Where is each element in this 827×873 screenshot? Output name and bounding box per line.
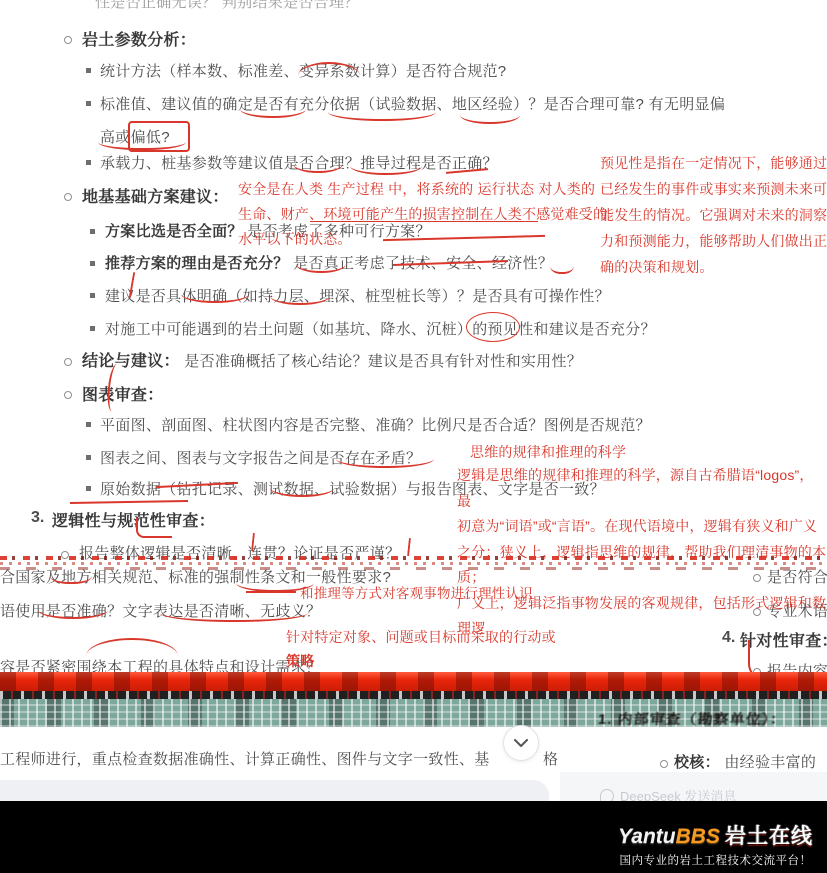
- heading-logic-review: 逻辑性与规范性审查：: [52, 508, 215, 531]
- doc-line-chart-contradiction: 图表之间、图表与文字报告之间是否存在矛盾？: [100, 447, 421, 468]
- logo-tagline: 国内专业的岩土工程技术交流平台！: [608, 852, 823, 868]
- red-underline-mark: [550, 266, 574, 274]
- bullet-square-icon: [86, 455, 91, 460]
- heading-foundation-scheme: 地基基础方案建议：: [82, 184, 229, 207]
- bullet-circle-icon: [64, 193, 72, 201]
- doc-line-standard-values-1: 标准值、建议值的确定是否有充分依据（试验数据、地区经验）？是否合理可靠? 有无明…: [100, 93, 725, 114]
- bullet-square-icon: [86, 68, 91, 73]
- red-arc-mark: [86, 638, 178, 656]
- red-line-mark: [70, 500, 188, 504]
- doc-line-engineer-cut: 工程师进行，重点检查数据准确性、计算正确性、图件与文字一致性、基: [0, 748, 490, 769]
- doc-line-bearing-capacity: 承载力、桩基参数等建议值是否合理？推导过程是否正确？: [100, 152, 498, 173]
- logo-text-bbs: BBS: [676, 825, 720, 848]
- annotation-logic-definition: 逻辑是思维的规律和推理的科学，源自古希腊语“logos”，最 初意为“词语”或“…: [457, 463, 827, 642]
- doc-line-standard-values-2: 高或偏低?: [100, 126, 170, 147]
- bullet-circle-icon: [64, 391, 72, 399]
- scroll-down-button[interactable]: [503, 725, 539, 761]
- bullet-circle-icon: [660, 760, 668, 768]
- garbled-text-internal-review: 1. 内部审查（勘察单位）：: [597, 709, 827, 728]
- annotation-safety-definition: 安全是在人类 生产过程 中，将系统的 运行状态 对人类的 生命、财产、环境可能产…: [238, 177, 607, 252]
- annotation-rational-cognition: 和推理等方式对客观事物进行理性认识: [300, 581, 533, 607]
- bullet-square-icon: [90, 293, 95, 298]
- doc-line-construction-issues: 对施工中可能遇到的岩土问题（如基坑、降水、沉桩）的预见性和建议是否充分？: [105, 318, 656, 339]
- doc-line-engineer-tail: 格: [543, 748, 558, 769]
- glitch-noise-band: [0, 555, 827, 572]
- doc-line-suggestion-specific: 建议是否具体明确（如持力层、埋深、桩型桩长等）？是否具有可操作性？: [105, 285, 610, 306]
- chevron-down-icon: [514, 739, 528, 748]
- bullet-square-icon: [86, 160, 91, 165]
- bullet-square-icon: [90, 261, 95, 266]
- list-number-3: 3.: [31, 509, 44, 527]
- annotation-logic-short: 思维的规律和推理的科学: [470, 440, 626, 466]
- heading-chart-review: 图表审查：: [82, 382, 164, 405]
- red-tick-mark: [407, 538, 411, 556]
- bullet-circle-icon: [64, 358, 72, 366]
- glitch-dark-band: [0, 691, 827, 699]
- doc-line-top-cut: 性是否正确无误？ 判别结果是否合理？: [95, 0, 360, 12]
- bullet-square-icon: [86, 422, 91, 427]
- logo-text-cn: 岩土在线: [725, 825, 813, 848]
- red-underline-mark: [460, 114, 520, 124]
- bullet-square-icon: [90, 229, 95, 234]
- doc-line-recommended-scheme: 推荐方案的理由是否充分？ 是否真正考虑了技术、安全、经济性？: [105, 252, 553, 273]
- yantubbs-logo: YantuBBS岩土在线 国内专业的岩土工程技术交流平台！: [608, 825, 823, 868]
- bullet-square-icon: [86, 486, 91, 491]
- bullet-square-icon: [86, 101, 91, 106]
- bullet-square-icon: [90, 326, 95, 331]
- bullet-circle-icon: [64, 36, 72, 44]
- doc-line-conclusion: 结论与建议： 是否准确概括了核心结论？建议是否具有针对性和实用性？: [82, 348, 582, 371]
- logo-text-yantu: Yantu: [618, 825, 676, 848]
- chat-page-screenshot: 性是否正确无误？ 判别结果是否合理？ 岩土参数分析： 统计方法（样本数、标准差、…: [0, 0, 827, 873]
- glitch-red-band: [0, 672, 827, 692]
- annotation-targeted-2: 策略: [286, 649, 314, 675]
- doc-line-check-right: 校核： 由经验丰富的: [674, 751, 816, 772]
- annotation-foresight-definition: 预见性是指在一定情况下，能够通过 已经发生的事件或事实来预测未来可 能发生的情况…: [600, 150, 827, 280]
- footer-watermark-bar: YantuBBS岩土在线 国内专业的岩土工程技术交流平台！: [0, 801, 827, 873]
- annotation-targeted-1: 针对特定对象、问题或目标而采取的行动或: [286, 625, 556, 651]
- doc-line-chart-complete: 平面图、剖面图、柱状图内容是否完整、准确？比例尺是否合适？图例是否规范？: [100, 414, 651, 435]
- red-dash-mark: [246, 591, 296, 593]
- heading-param-analysis: 岩土参数分析：: [82, 27, 196, 50]
- doc-line-terms-cut: 语使用是否准确？文字表达是否清晰、无歧义？: [0, 600, 321, 621]
- doc-line-statistics: 统计方法（样本数、标准差、变异系数计算）是否符合规范?: [100, 60, 506, 81]
